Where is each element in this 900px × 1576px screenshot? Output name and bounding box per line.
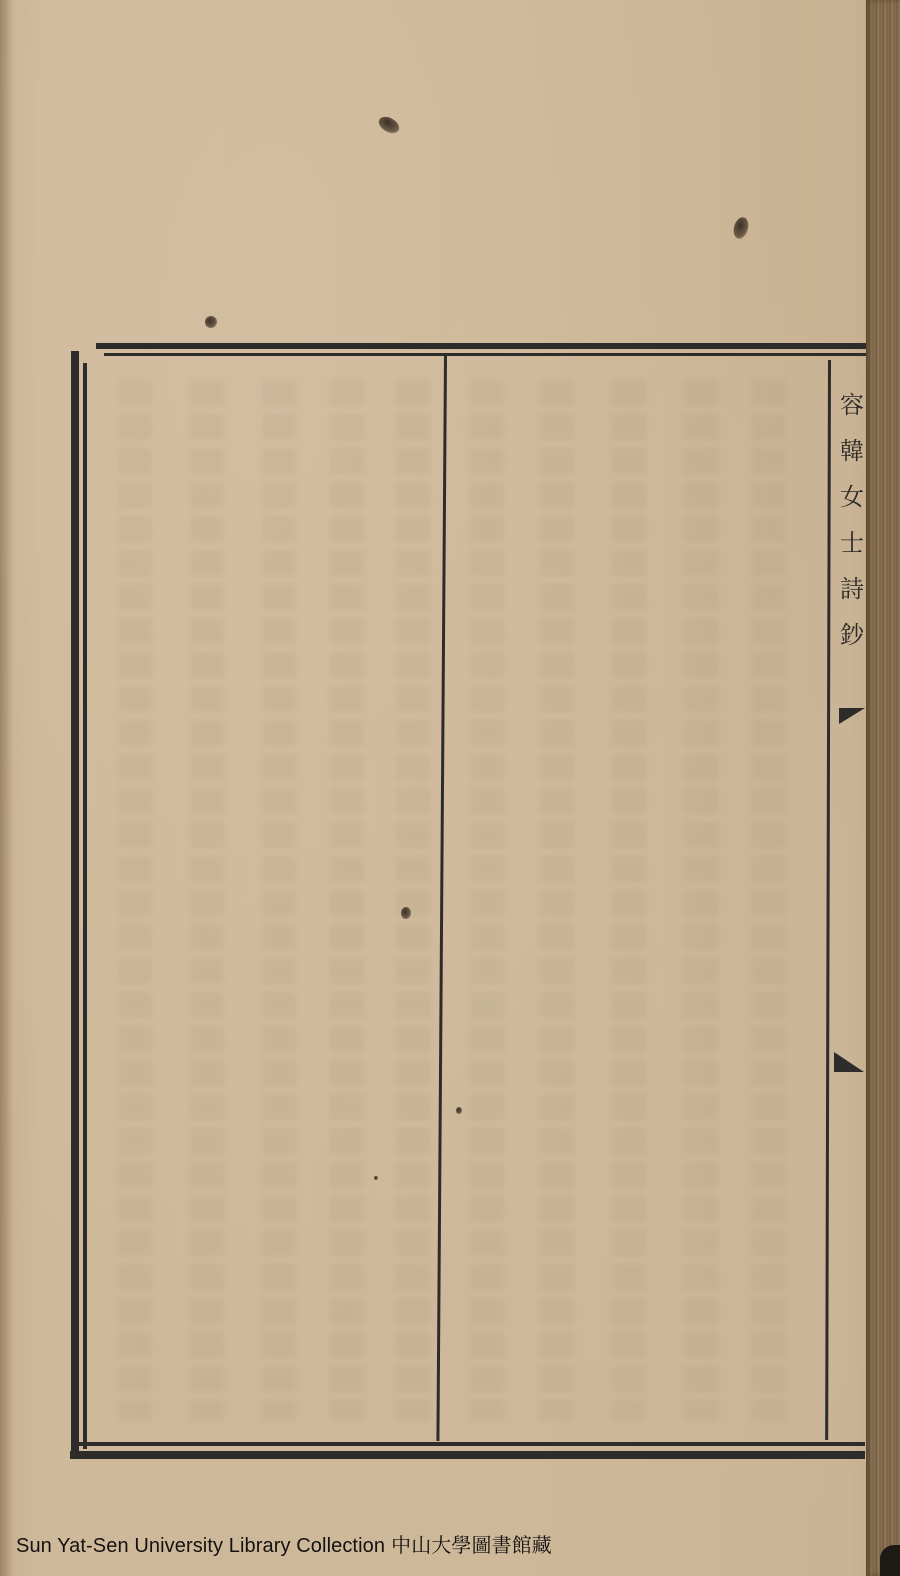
show-through-column [190, 380, 224, 1420]
scanned-page: 容 韓 女 士 詩 鈔 Sun Yat-Sen University Libra… [0, 0, 900, 1576]
frame-top-outer-border [96, 343, 868, 349]
fishtail-marker-icon [834, 1052, 864, 1072]
show-through-column [540, 380, 574, 1420]
caption-chinese: 中山大學圖書館藏 [391, 1533, 552, 1557]
paper-blemish [456, 1107, 462, 1114]
show-through-column [752, 380, 786, 1420]
scan-background-corner [880, 1545, 900, 1576]
center-column-rule [436, 356, 447, 1441]
gutter-shadow [0, 0, 14, 1576]
frame-bottom-outer-border [70, 1451, 865, 1459]
paper-blemish [731, 216, 750, 241]
banxin-title-char: 鈔 [840, 623, 864, 647]
paper-blemish [376, 113, 402, 136]
show-through-column [118, 380, 152, 1420]
fishtail-marker-icon [839, 708, 865, 724]
banxin-title-char: 詩 [840, 577, 864, 601]
banxin-column-rule [825, 360, 831, 1440]
banxin-title: 容 韓 女 士 詩 鈔 [834, 393, 870, 647]
show-through-column [330, 380, 364, 1420]
caption-english: Sun Yat-Sen University Library Collectio… [16, 1535, 385, 1557]
frame-bottom-inner-border [77, 1442, 865, 1446]
show-through-column [396, 380, 430, 1420]
banxin-title-char: 韓 [840, 439, 864, 463]
show-through-column [262, 380, 296, 1420]
show-through-column [612, 380, 646, 1420]
paper-blemish [205, 316, 217, 328]
collection-caption: Sun Yat-Sen University Library Collectio… [16, 1529, 552, 1558]
book-fore-edge [866, 0, 900, 1576]
banxin-title-char: 士 [840, 531, 864, 555]
frame-left-outer-border [71, 351, 79, 1457]
show-through-column [684, 380, 718, 1420]
banxin-title-char: 女 [840, 485, 864, 509]
paper-blemish [401, 907, 411, 919]
frame-top-inner-border [104, 353, 868, 356]
banxin-title-char: 容 [840, 393, 864, 417]
paper-blemish [374, 1176, 378, 1180]
frame-left-inner-border [83, 363, 87, 1449]
show-through-column [470, 380, 504, 1420]
